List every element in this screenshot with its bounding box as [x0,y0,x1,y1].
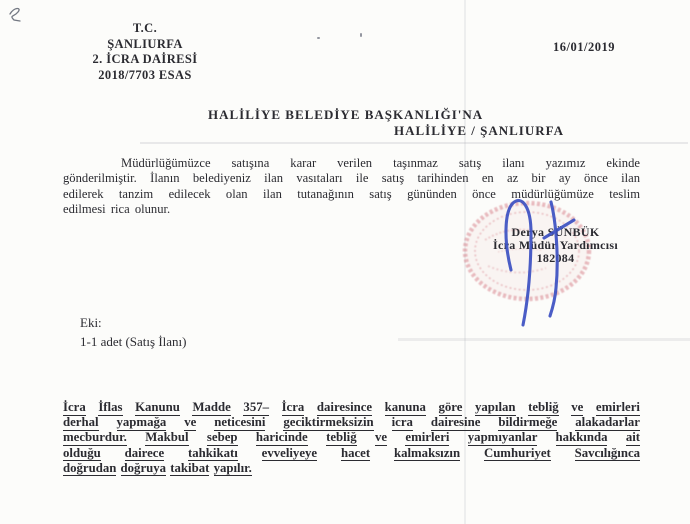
legal-note-line: doğrudan doğruya takibat yapılır. [63,461,640,476]
legal-note: İcra İflas Kanunu Madde 357– İcra daires… [63,400,640,476]
legal-note-line: İcra İflas Kanunu Madde 357– İcra daires… [63,400,640,415]
scanned-document-page: T.C. ŞANLIURFA 2. İCRA DAİRESİ 2018/7703… [0,0,690,524]
attachments-label: Eki: [80,314,187,333]
attachments-item: 1-1 adet (Satış İlanı) [80,333,187,352]
attachments-section: Eki: 1-1 adet (Satış İlanı) [80,314,187,351]
legal-note-line: derhal yapmağa ve neticesini geciktirmek… [63,415,640,430]
legal-note-line: mecburdur. Makbul sebep haricinde tebliğ… [63,430,640,445]
legal-note-line: olduğu dairece tahkikatı evveliyeye hace… [63,446,640,461]
